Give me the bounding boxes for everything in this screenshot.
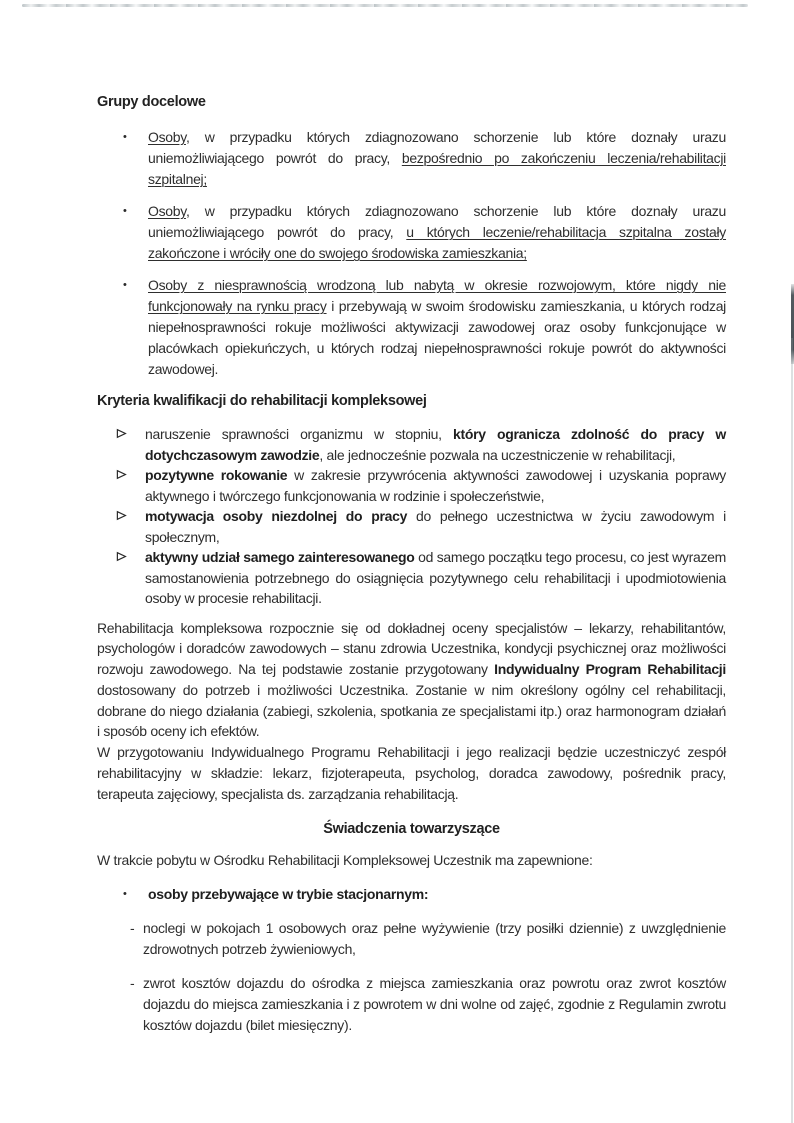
stationary-mode-item: • osoby przebywające w trybie stacjonarn… [97,884,726,905]
stationary-mode-heading: osoby przebywające w trybie stacjonarnym… [148,884,726,905]
target-group-text: Osoby, w przypadku których zdiagnozowano… [148,127,726,190]
benefit-detail-text: zwrot kosztów dojazdu do ośrodka z miejs… [143,973,726,1036]
scan-line-right-edge [791,338,793,1123]
target-group-item: • Osoby, w przypadku których zdiagnozowa… [97,127,726,190]
arrow-icon [116,424,145,439]
document-page: Grupy docelowe • Osoby, w przypadku któr… [0,0,794,1123]
target-group-item: • Osoby, w przypadku których zdiagnozowa… [97,201,726,264]
bullet-icon: • [123,201,148,222]
dash-icon: - [130,918,143,939]
criteria-item: pozytywne rokowanie w zakresie przywróce… [97,465,726,506]
paragraph: W przygotowaniu Indywidualnego Programu … [97,742,726,804]
benefit-detail-text: noclegi w pokojach 1 osobowych oraz pełn… [143,918,726,960]
benefit-detail-item: - noclegi w pokojach 1 osobowych oraz pe… [97,918,726,960]
criteria-item: naruszenie sprawności organizmu w stopni… [97,424,726,465]
arrow-icon [116,465,145,480]
dash-icon: - [130,973,143,994]
text-segment: Osoby [148,203,186,219]
body-paragraphs: Rehabilitacja kompleksowa rozpocznie się… [97,618,726,805]
target-group-item: • Osoby z niesprawnością wrodzoną lub na… [97,275,726,380]
criteria-item: motywacja osoby niezdolnej do pracy do p… [97,506,726,547]
text-segment: aktywny udział samego zainteresowanego [145,549,415,565]
scan-noise-top [22,4,748,7]
benefits-intro: W trakcie pobytu w Ośrodku Rehabilitacji… [97,850,726,871]
benefit-detail-item: - zwrot kosztów dojazdu do ośrodka z mie… [97,973,726,1036]
text-segment: , ale jednocześnie pozwala na uczestnicz… [319,447,675,463]
arrow-icon [116,547,145,562]
bullet-icon: • [123,884,148,905]
criteria-text: pozytywne rokowanie w zakresie przywróce… [145,465,726,506]
paragraph: Rehabilitacja kompleksowa rozpocznie się… [97,618,726,743]
criteria-text: aktywny udział samego zainteresowanego o… [145,547,726,609]
bullet-icon: • [123,127,148,148]
criteria-item: aktywny udział samego zainteresowanego o… [97,547,726,609]
text-segment: Indywidualny Program Rehabilitacji [494,661,726,677]
criteria-heading: Kryteria kwalifikacji do rehabilitacji k… [97,391,726,412]
text-segment: naruszenie sprawności organizmu w stopni… [145,426,453,442]
target-group-text: Osoby, w przypadku których zdiagnozowano… [148,201,726,264]
text-segment: pozytywne rokowanie [145,467,287,483]
target-group-text: Osoby z niesprawnością wrodzoną lub naby… [148,275,726,380]
benefits-heading: Świadczenia towarzyszące [97,819,726,840]
arrow-icon [116,506,145,521]
bullet-icon: • [123,275,148,296]
text-segment: motywacja osoby niezdolnej do pracy [145,508,407,524]
text-segment: Osoby [148,129,186,145]
text-segment: dostosowany do potrzeb i możliwości Ucze… [97,682,726,740]
criteria-text: naruszenie sprawności organizmu w stopni… [145,424,726,465]
page-content: Grupy docelowe • Osoby, w przypadku któr… [97,92,726,1036]
criteria-text: motywacja osoby niezdolnej do pracy do p… [145,506,726,547]
groups-heading: Grupy docelowe [97,92,726,113]
